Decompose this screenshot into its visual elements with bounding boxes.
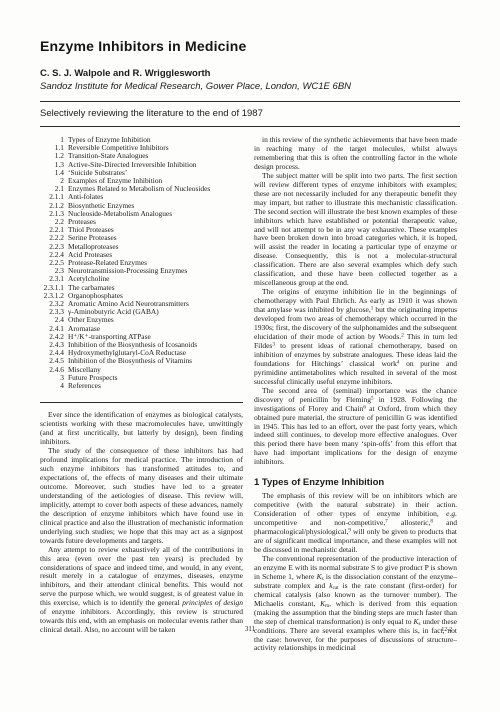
body-paragraphs: in this review of the synthetic achievem… — [254, 136, 457, 467]
divider — [40, 402, 243, 403]
paragraph: Any attempt to review exhaustively all o… — [40, 546, 243, 636]
affiliation-line: Sandoz Institute for Medical Research, G… — [40, 81, 460, 92]
left-column: 1 Types of Enzyme Inhibition 1.1 Reversi… — [40, 136, 243, 653]
journal-page: Enzyme Inhibitors in Medicine C. S. J. W… — [0, 0, 500, 712]
paragraph: The origins of enzyme inhibition lie in … — [254, 288, 457, 386]
authors-line: C. S. J. Walpole and R. Wrigglesworth — [40, 68, 460, 79]
signature-mark: 12-2 — [441, 627, 452, 633]
toc-label: References — [68, 382, 101, 390]
right-column: in this review of the synthetic achievem… — [254, 136, 457, 653]
toc-number: 4 — [40, 382, 64, 390]
paragraph: The study of the consequence of these in… — [40, 447, 243, 545]
two-column-body: 1 Types of Enzyme Inhibition 1.1 Reversi… — [40, 136, 460, 653]
page-footer: 311 12-2 — [40, 626, 460, 638]
paragraph: in this review of the synthetic achievem… — [254, 136, 457, 172]
page-title: Enzyme Inhibitors in Medicine — [40, 38, 460, 54]
divider — [40, 126, 460, 127]
toc-row: 4 References — [40, 382, 243, 390]
paragraph: The emphasis of this review will be on i… — [254, 492, 457, 555]
review-note: Selectively reviewing the literature to … — [40, 102, 460, 126]
paragraph: The conventional representation of the p… — [254, 555, 457, 653]
paragraph: The second area of (seminal) importance … — [254, 387, 457, 468]
paragraph: The subject matter will be split into tw… — [254, 172, 457, 288]
page-number: 311 — [40, 626, 460, 633]
paragraph: Ever since the identification of enzymes… — [40, 411, 243, 447]
table-of-contents: 1 Types of Enzyme Inhibition 1.1 Reversi… — [40, 136, 243, 390]
section-heading: 1 Types of Enzyme Inhibition — [254, 477, 457, 488]
intro-paragraphs: Ever since the identification of enzymes… — [40, 411, 243, 635]
